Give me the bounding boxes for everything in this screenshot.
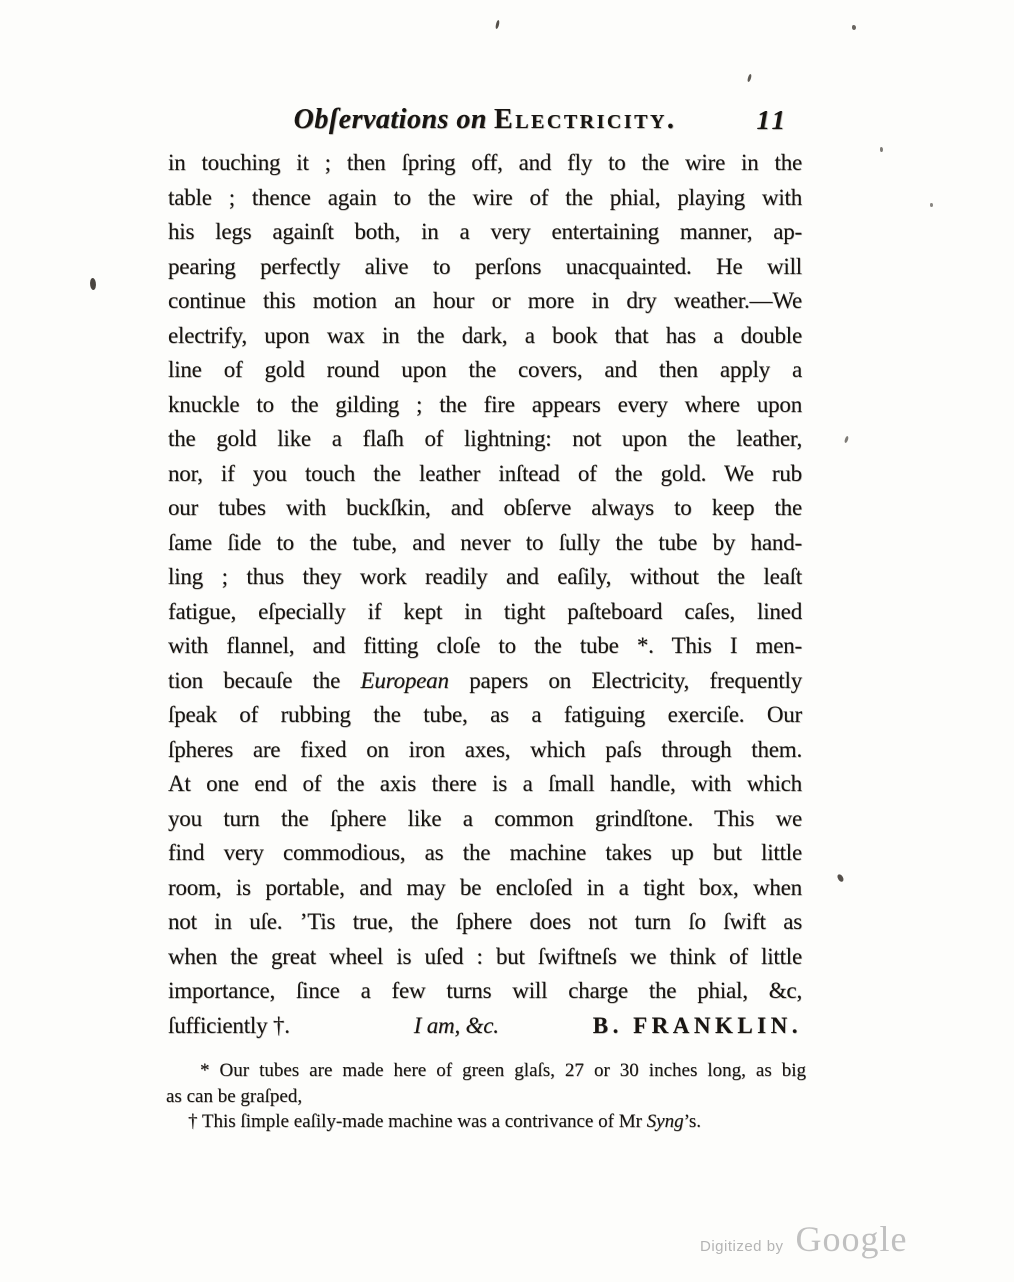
body-line: knuckle to the gilding ; the fire appear… <box>168 388 802 423</box>
body-line: ſpheres are fixed on iron axes, which pa… <box>168 733 802 768</box>
body-text: in touching it ; then ſpring off, and fl… <box>168 146 802 1043</box>
body-line: ſpeak of rubbing the tube, as a fatiguin… <box>168 698 802 733</box>
page-header: Obſervations on Electricity. 11 <box>168 98 802 142</box>
ink-speck <box>880 147 883 152</box>
body-line: in touching it ; then ſpring off, and fl… <box>168 146 802 181</box>
body-line: find very commodious, as the machine tak… <box>168 836 802 871</box>
footnote-segment: † This ſimple eaſily-made machine was a … <box>188 1111 647 1132</box>
body-line-segment: tion becauſe the <box>168 668 361 693</box>
footnote-line: * Our tubes are made here of green glaſs… <box>166 1058 806 1084</box>
signature-closing-italic: I am, &c. <box>414 1009 499 1044</box>
footnotes: * Our tubes are made here of green glaſs… <box>166 1058 806 1135</box>
body-line-segment: papers on Electricity, frequently <box>449 668 802 693</box>
body-line: when the great wheel is uſed : but ſwift… <box>168 940 802 975</box>
ink-speck <box>495 20 500 29</box>
body-line: electrify, upon wax in the dark, a book … <box>168 319 802 354</box>
ink-speck <box>747 74 752 83</box>
body-line-with-italic: tion becauſe the European papers on Elec… <box>168 664 802 699</box>
body-line: importance, ſince a few turns will charg… <box>168 974 802 1009</box>
body-line: table ; thence again to the wire of the … <box>168 181 802 216</box>
body-line: pearing perfectly alive to perſons unacq… <box>168 250 802 285</box>
body-line: line of gold round upon the covers, and … <box>168 353 802 388</box>
ink-speck <box>836 873 844 882</box>
footnote-line: as can be graſped, <box>166 1084 806 1110</box>
running-title-italic: Obſervations on <box>294 104 487 135</box>
body-line: not in uſe. ’Tis true, the ſphere does n… <box>168 905 802 940</box>
body-line: room, is portable, and may be encloſed i… <box>168 871 802 906</box>
body-line: you turn the ſphere like a common grindſ… <box>168 802 802 837</box>
ink-speck <box>844 436 849 444</box>
signature-left-text: ſufficiently †. <box>168 1009 290 1044</box>
ink-speck <box>89 278 97 291</box>
footnote-line-with-italic: † This ſimple eaſily-made machine was a … <box>166 1109 806 1135</box>
watermark-prefix: Digitized by <box>700 1238 784 1255</box>
body-line: ling ; thus they work readily and eaſily… <box>168 560 802 595</box>
body-line: nor, if you touch the leather inſtead of… <box>168 457 802 492</box>
signature-line: ſufficiently †. I am, &c. B. FRANKLIN. <box>168 1009 802 1044</box>
running-title-caps: Electricity. <box>494 104 676 135</box>
body-line: ſame ſide to the tube, and never to ſull… <box>168 526 802 561</box>
body-line: our tubes with buckſkin, and obſerve alw… <box>168 491 802 526</box>
body-line: fatigue, eſpecially if kept in tight paſ… <box>168 595 802 630</box>
body-line: At one end of the axis there is a ſmall … <box>168 767 802 802</box>
running-title: Obſervations on Electricity. <box>168 98 802 142</box>
scanned-book-page: Obſervations on Electricity. 11 in touch… <box>0 0 1014 1282</box>
italic-word-european: European <box>361 668 449 693</box>
body-line: his legs againſt both, in a very enterta… <box>168 215 802 250</box>
ink-speck <box>930 203 933 207</box>
body-line: the gold like a flaſh of lightning: not … <box>168 422 802 457</box>
digitization-watermark: Digitized by Google <box>700 1218 908 1260</box>
google-logo: Google <box>796 1218 908 1260</box>
footnote-segment: ’s. <box>684 1111 701 1132</box>
page-number: 11 <box>756 100 788 140</box>
body-line: continue this motion an hour or more in … <box>168 284 802 319</box>
body-line: with flannel, and fitting cloſe to the t… <box>168 629 802 664</box>
italic-word-syng: Syng <box>647 1111 684 1132</box>
signature-author-name: B. FRANKLIN. <box>593 1009 802 1044</box>
ink-speck <box>852 25 856 30</box>
